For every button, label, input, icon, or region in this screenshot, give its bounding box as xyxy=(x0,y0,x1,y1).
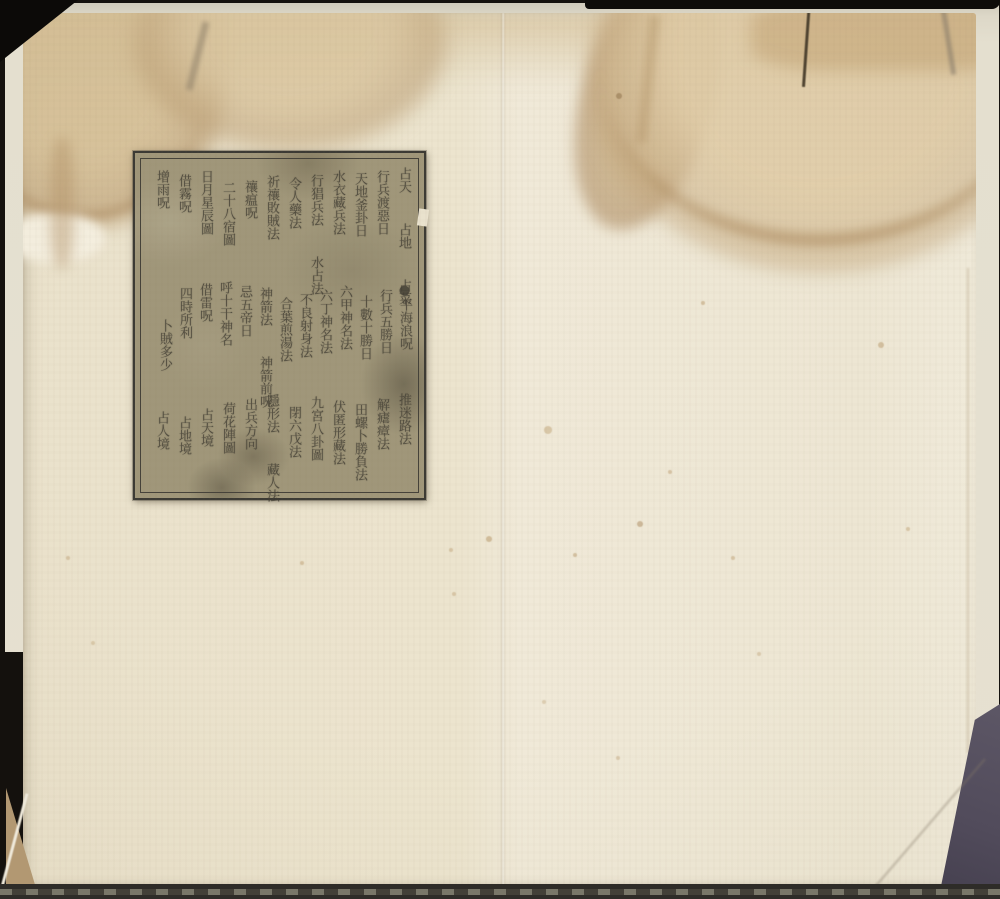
toc-column: 占天境 xyxy=(194,393,216,495)
toc-column: 九宮八卦圖 xyxy=(304,393,326,495)
toc-column: 呼十干神名 xyxy=(214,281,234,393)
toc-column: 合葉煎湯法 xyxy=(274,281,294,393)
toc-column: 占地境 xyxy=(172,393,194,495)
toc-column: 出兵方向 xyxy=(238,393,260,495)
toc-column: 行兵渡惡日 xyxy=(370,165,392,283)
toc-column: 日月星辰圖 xyxy=(194,165,216,283)
toc-column: ●平海浪呪 xyxy=(394,281,414,393)
center-fold-line xyxy=(500,13,506,886)
toc-column: 解瘧瘴法 xyxy=(370,393,392,495)
toc-register-middle: ●平海浪呪行兵五勝日十數十勝日六甲神名法六丁神名法不良射身法合葉煎湯法神箭法 神… xyxy=(147,281,414,393)
stain-streak-beside-label xyxy=(50,138,74,268)
toc-column: 隱形法 藏人法 xyxy=(260,393,282,495)
toc-column: 借霧呪 xyxy=(172,165,194,283)
toc-column: 六甲神名法 xyxy=(334,281,354,393)
dark-background-top-edge xyxy=(585,0,1000,9)
toc-column: 不良射身法 xyxy=(294,281,314,393)
bottom-edge-mottle xyxy=(0,889,1000,895)
toc-column: 水衣藏兵法 xyxy=(326,165,348,283)
toc-column: 天地釜卦日 xyxy=(348,165,370,283)
toc-register-upper: 占天 占地 占菜行兵渡惡日天地釜卦日水衣藏兵法行猖兵法 水占法令人藥法祈禳敗賊法… xyxy=(147,165,414,283)
toc-column: 推迷路法 xyxy=(392,393,414,495)
toc-column: 伏匿形藏法 xyxy=(326,393,348,495)
toc-column: 荷花陣圖 xyxy=(216,393,238,495)
toc-column: 六丁神名法 xyxy=(314,281,334,393)
right-page-edge-line xyxy=(967,268,969,753)
toc-column: 二十八宿圖 xyxy=(216,165,238,283)
toc-column: 禳瘟呪 xyxy=(238,165,260,283)
toc-column: 田螺卜勝負法 xyxy=(348,393,370,495)
toc-column: 四時所利 xyxy=(174,281,194,393)
toc-column: 借雷呪 xyxy=(194,281,214,393)
manuscript-photo: 占天 占地 占菜行兵渡惡日天地釜卦日水衣藏兵法行猖兵法 水占法令人藥法祈禳敗賊法… xyxy=(0,0,1000,899)
table-of-contents-label: 占天 占地 占菜行兵渡惡日天地釜卦日水衣藏兵法行猖兵法 水占法令人藥法祈禳敗賊法… xyxy=(133,151,426,500)
manuscript-page-spread: 占天 占地 占菜行兵渡惡日天地釜卦日水衣藏兵法行猖兵法 水占法令人藥法祈禳敗賊法… xyxy=(23,13,976,886)
label-edge-chip xyxy=(417,208,429,226)
toc-column: 忌五帝日 xyxy=(234,281,254,393)
toc-column: 令人藥法 xyxy=(282,165,304,283)
toc-register-lower: 推迷路法解瘧瘴法田螺卜勝負法伏匿形藏法九宮八卦圖閉六戊法隱形法 藏人法出兵方向荷… xyxy=(147,393,414,495)
toc-column: 占人境 xyxy=(150,393,172,495)
toc-column: 行猖兵法 水占法 xyxy=(304,165,326,283)
toc-column: 占天 占地 占菜 xyxy=(392,165,414,283)
toc-column: 閉六戊法 xyxy=(282,393,304,495)
toc-column: 十數十勝日 xyxy=(354,281,374,393)
toc-column: 神箭法 神箭前呪 xyxy=(254,281,274,393)
toc-column: 增雨呪 xyxy=(150,165,172,283)
toc-column: 行兵五勝日 xyxy=(374,281,394,393)
toc-column: 祈禳敗賊法 xyxy=(260,165,282,283)
toc-column: 卜賊多少 xyxy=(154,281,174,393)
